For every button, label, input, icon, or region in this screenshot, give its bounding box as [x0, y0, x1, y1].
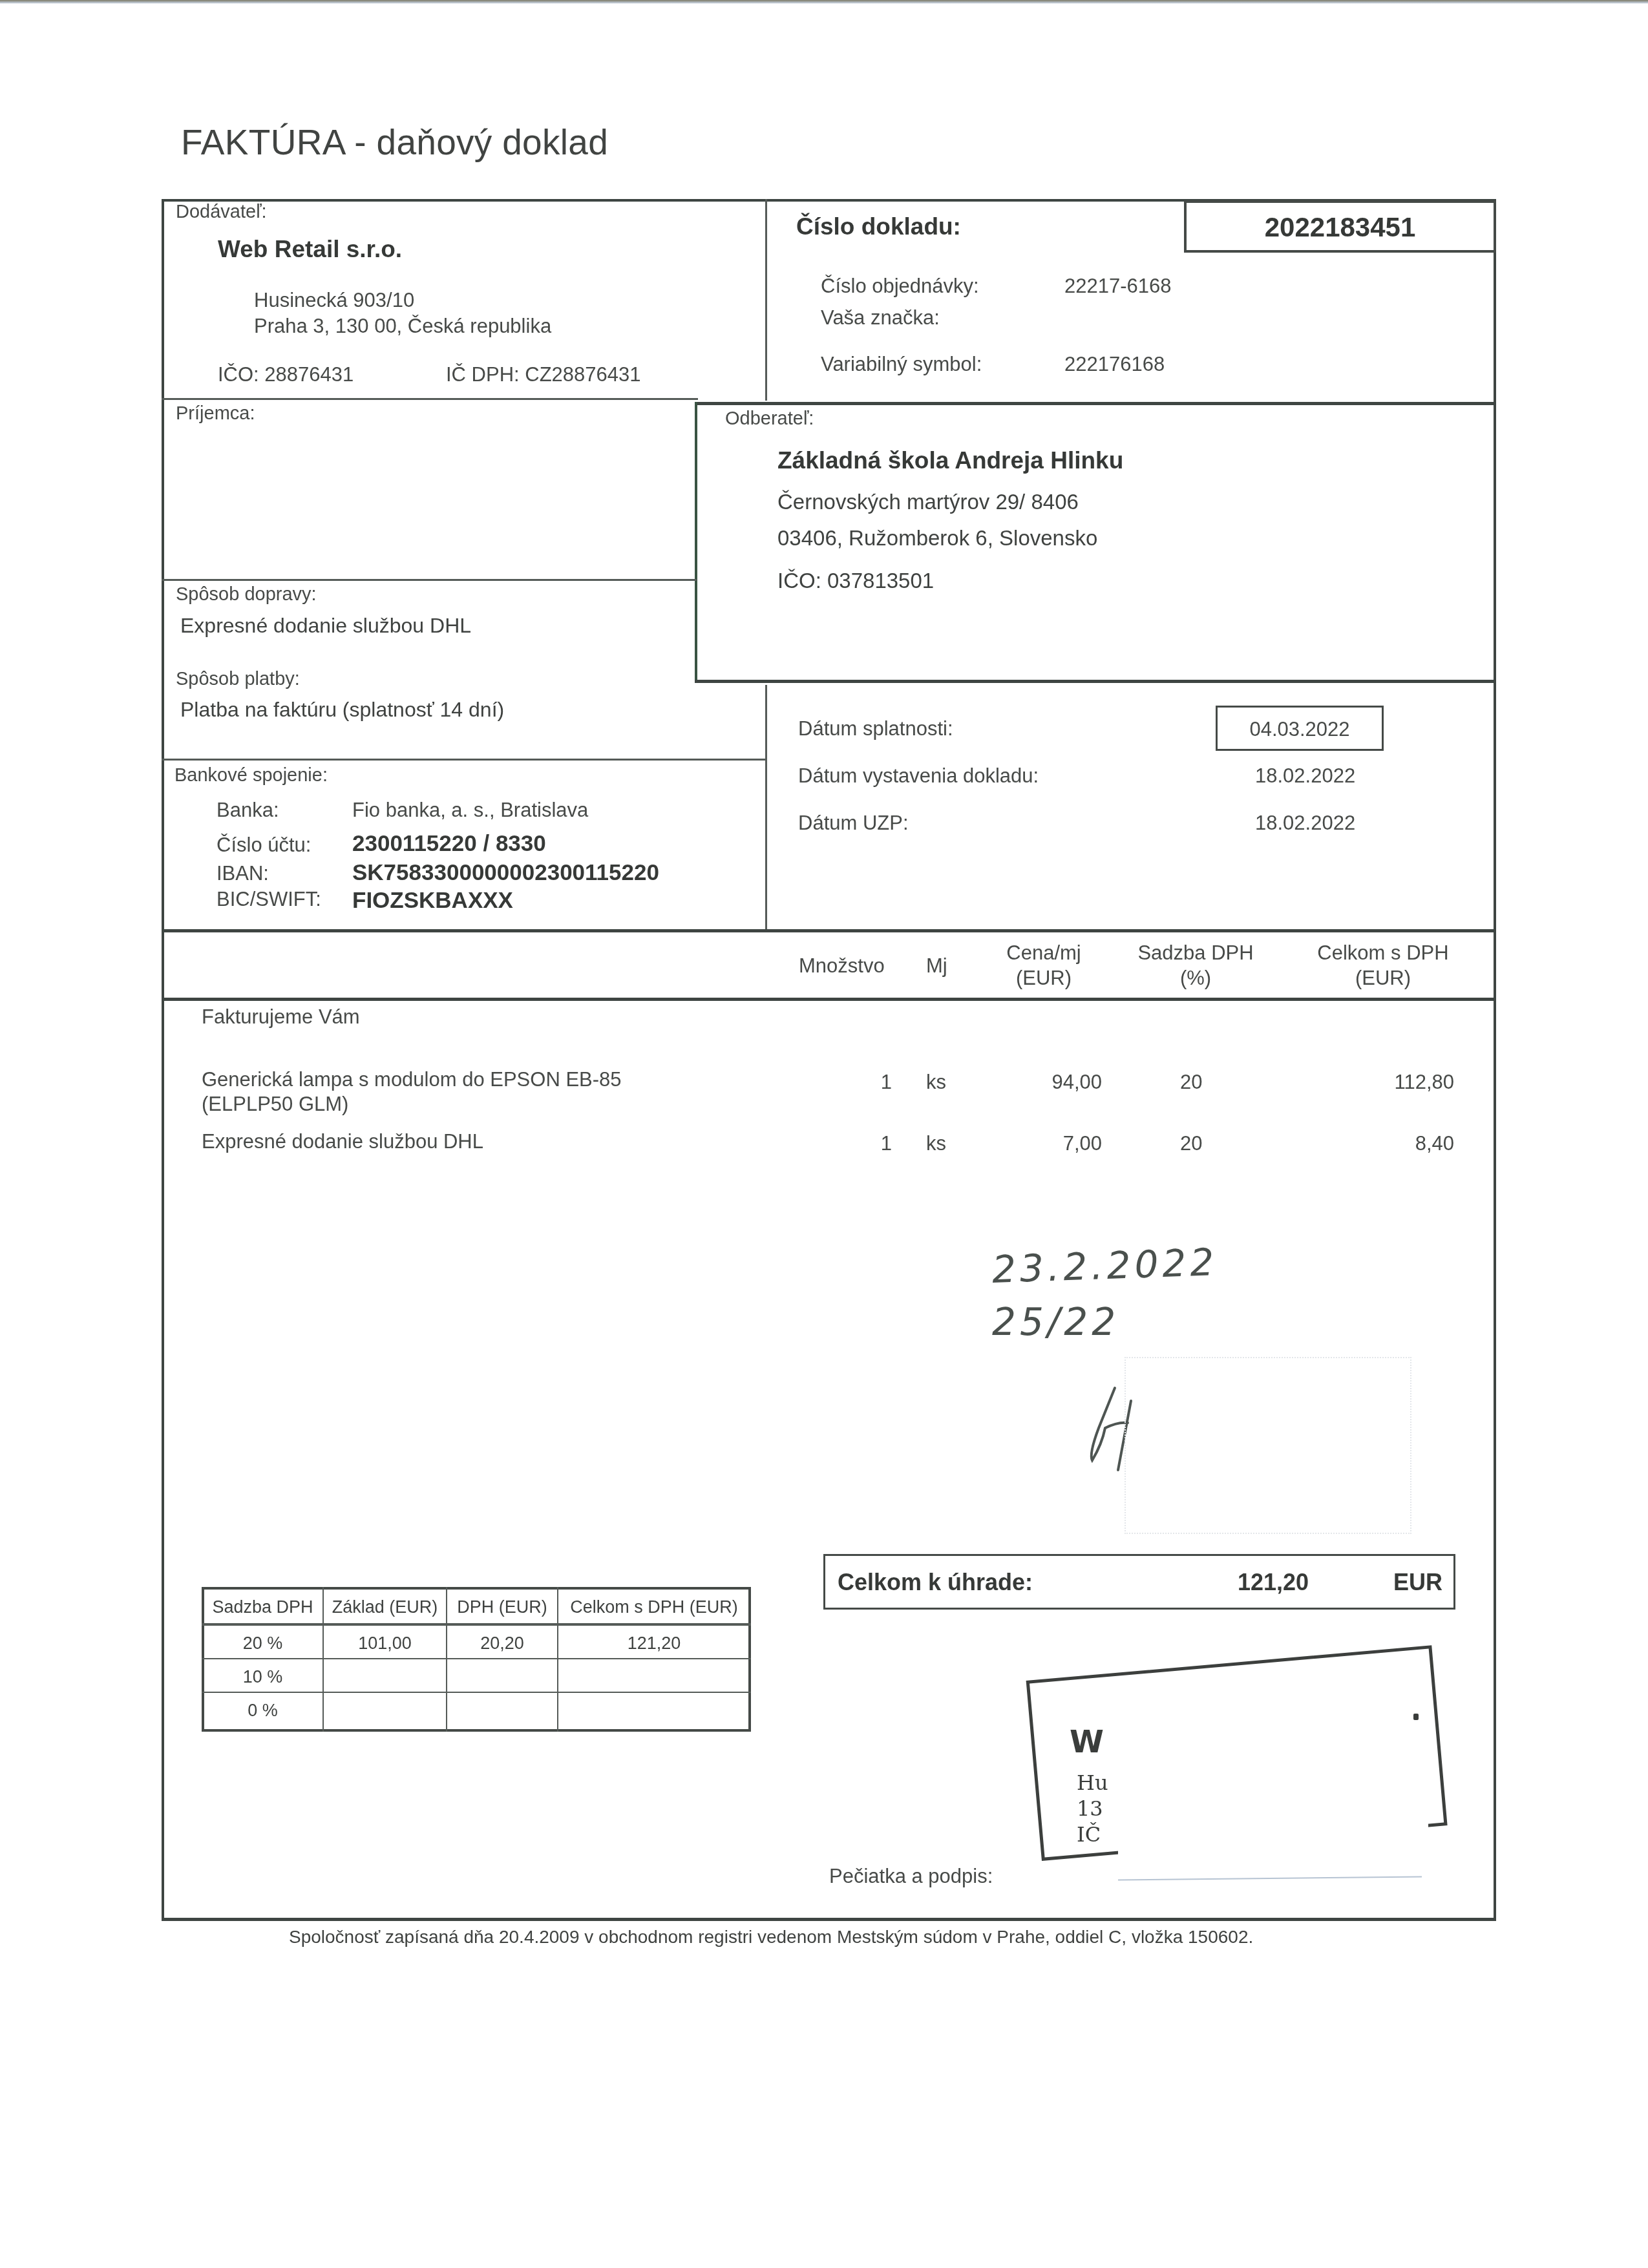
stamp-line3: 13: [1077, 1796, 1103, 1821]
item-unit: ks: [926, 1071, 946, 1094]
col-price-header-line2: (EUR): [982, 967, 1105, 990]
customer-box-bottom: [695, 680, 1496, 683]
total-due-value: 121,20: [1215, 1569, 1309, 1596]
col-vat-header-line2: (%): [1118, 967, 1273, 990]
stamp-line4: IČ: [1077, 1822, 1101, 1847]
col-vat-header-line1: Sadzba DPH: [1118, 941, 1273, 965]
vat-table-header-divider: [202, 1623, 751, 1626]
vat-table-row-divider: [202, 1658, 751, 1659]
swift-value: FIOZSKBAXXX: [352, 888, 513, 914]
account-number-label: Číslo účtu:: [217, 834, 311, 857]
scan-edge: [0, 0, 1648, 4]
supplier-ic-dph: IČ DPH: CZ28876431: [446, 363, 641, 386]
items-header-bottom: [162, 998, 1496, 1001]
variable-symbol-value: 222176168: [1064, 353, 1165, 376]
uzp-date-value: 18.02.2022: [1255, 812, 1355, 835]
items-header-top: [162, 929, 1496, 932]
supplier-address-line1: Husinecká 903/10: [254, 289, 414, 312]
vat-row-rate: 10 %: [203, 1667, 322, 1687]
footer-registration: Spoločnosť zapísaná dňa 20.4.2009 v obch…: [289, 1927, 1253, 1948]
supplier-name: Web Retail s.r.o.: [218, 236, 402, 263]
due-date-value: 04.03.2022: [1216, 718, 1384, 741]
vat-header-total: Celkom s DPH (EUR): [558, 1597, 750, 1617]
frame-right: [1494, 199, 1496, 1920]
vat-row-total: 121,20: [558, 1633, 750, 1654]
supplier-address-line2: Praha 3, 130 00, Česká republika: [254, 315, 551, 338]
recipient-label: Príjemca:: [176, 403, 255, 425]
vat-header-rate: Sadzba DPH: [203, 1597, 322, 1617]
uzp-date-label: Dátum UZP:: [798, 812, 909, 835]
stamp-dot: [1413, 1714, 1419, 1720]
divider-supplier-bottom: [162, 398, 698, 400]
bank-name-value: Fio banka, a. s., Bratislava: [352, 799, 588, 822]
item-price: 7,00: [995, 1132, 1102, 1155]
issue-date-value: 18.02.2022: [1255, 764, 1355, 788]
frame-left: [162, 199, 164, 1920]
document-title: FAKTÚRA - daňový doklad: [181, 121, 608, 163]
customer-box-top: [695, 402, 1496, 405]
col-unit-header: Mj: [926, 954, 947, 978]
vat-row-rate: 0 %: [203, 1701, 322, 1721]
signature-label: Pečiatka a podpis:: [829, 1865, 993, 1888]
shipping-label: Spôsob dopravy:: [176, 584, 317, 605]
vat-table-row-divider: [202, 1692, 751, 1693]
payment-label: Spôsob platby:: [176, 669, 300, 690]
divider-bank-top: [162, 759, 766, 761]
divider-top-vertical: [765, 199, 767, 401]
total-due-label: Celkom k úhrade:: [838, 1569, 1033, 1596]
stamp-mask: [1118, 1693, 1428, 1880]
iban-label: IBAN:: [217, 862, 269, 885]
iban-value: SK7583300000002300115220: [352, 860, 659, 886]
divider-mid-vertical: [765, 685, 767, 929]
vat-header-vat: DPH (EUR): [447, 1597, 557, 1617]
frame-bottom: [162, 1918, 1496, 1921]
variable-symbol-label: Variabilný symbol:: [821, 353, 982, 376]
account-number-value: 2300115220 / 8330: [352, 831, 546, 857]
handwritten-date: 23.2.2022: [991, 1240, 1218, 1292]
shipping-value: Expresné dodanie službou DHL: [180, 614, 471, 638]
order-number-label: Číslo objednávky:: [821, 275, 979, 298]
item-qty: 1: [866, 1071, 892, 1094]
handwritten-ref: 25/22: [992, 1300, 1119, 1344]
your-ref-label: Vaša značka:: [821, 306, 940, 330]
supplier-ico: IČO: 28876431: [218, 363, 354, 386]
item-total: 8,40: [1325, 1132, 1454, 1155]
customer-box-left: [695, 402, 697, 682]
item-description-line1: Expresné dodanie službou DHL: [202, 1130, 483, 1153]
divider-recipient-bottom: [162, 579, 697, 581]
customer-ico: IČO: 037813501: [777, 569, 934, 593]
bank-section-label: Bankové spojenie:: [174, 765, 328, 786]
item-price: 94,00: [995, 1071, 1102, 1094]
vat-header-base: Základ (EUR): [324, 1597, 446, 1617]
swift-label: BIC/SWIFT:: [217, 888, 321, 911]
item-description-line1: Generická lampa s modulom do EPSON EB-85: [202, 1068, 622, 1091]
customer-address-line2: 03406, Ružomberok 6, Slovensko: [777, 526, 1097, 551]
vat-row-vat: 20,20: [447, 1633, 557, 1654]
doc-number-value: 2022183451: [1184, 212, 1496, 243]
items-intro: Fakturujeme Vám: [202, 1005, 360, 1029]
due-date-label: Dátum splatnosti:: [798, 717, 953, 740]
customer-label: Odberateľ:: [725, 408, 814, 430]
item-vat: 20: [1180, 1071, 1202, 1094]
col-total-header-line2: (EUR): [1299, 967, 1467, 990]
stamp-line1: W: [1070, 1724, 1104, 1760]
col-total-header-line1: Celkom s DPH: [1299, 941, 1467, 965]
vat-row-rate: 20 %: [203, 1633, 322, 1654]
customer-address-line1: Černovských martýrov 29/ 8406: [777, 490, 1079, 514]
item-total: 112,80: [1325, 1071, 1454, 1094]
supplier-label: Dodávateľ:: [176, 202, 267, 223]
item-vat: 20: [1180, 1132, 1202, 1155]
ghost-print-area: [1125, 1357, 1411, 1534]
payment-value: Platba na faktúru (splatnosť 14 dní): [180, 698, 504, 722]
item-unit: ks: [926, 1132, 946, 1155]
vat-row-base: 101,00: [324, 1633, 446, 1654]
order-number-value: 22217-6168: [1064, 275, 1172, 298]
item-description-line2: (ELPLP50 GLM): [202, 1093, 348, 1116]
customer-name: Základná škola Andreja Hlinku: [777, 447, 1123, 474]
doc-number-label: Číslo dokladu:: [796, 213, 961, 240]
total-due-currency: EUR: [1393, 1569, 1442, 1596]
item-qty: 1: [866, 1132, 892, 1155]
stamp-line2: Hu: [1077, 1770, 1108, 1795]
bank-name-label: Banka:: [217, 799, 279, 822]
col-qty-header: Množstvo: [799, 954, 885, 978]
issue-date-label: Dátum vystavenia dokladu:: [798, 764, 1039, 788]
col-price-header-line1: Cena/mj: [982, 941, 1105, 965]
